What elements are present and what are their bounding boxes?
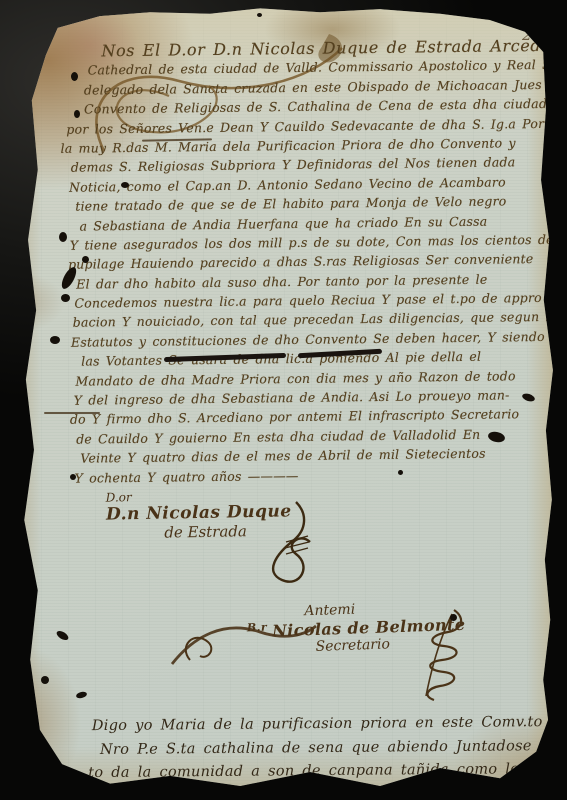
- postscript-line: Digo yo Maria de la purificasion priora …: [92, 711, 567, 739]
- signature-block-duque: D.or D.n Nicolas Duque de Estrada: [106, 487, 293, 542]
- ink-blot: [121, 182, 129, 188]
- ink-blot: [41, 676, 49, 684]
- postscript-line: to da la comunidad a son de canpana tañi…: [88, 758, 567, 786]
- attestation-block-belmonte: Antemi B.rNicolas de Belmonte Secretario: [218, 598, 466, 659]
- ink-blot: [398, 470, 403, 475]
- thin-underline: [44, 412, 100, 414]
- ink-blot: [257, 13, 262, 17]
- ink-blot: [450, 614, 457, 621]
- ink-blot: [70, 474, 76, 480]
- ink-blot: [50, 336, 60, 344]
- decree-body: Nos El D.or D.n Nicolas Duque de Estrada…: [41, 36, 544, 488]
- ink-blot: [82, 256, 89, 263]
- photo-backdrop: 2 Nos El D.or D.n Nicolas Duque de Estra…: [0, 0, 567, 800]
- ink-blot: [75, 691, 87, 699]
- ink-blot: [74, 110, 80, 118]
- ink-blot: [55, 629, 70, 642]
- ink-blot: [59, 232, 67, 242]
- signature-surname: de Estrada: [164, 521, 292, 541]
- postscript-block: Digo yo Maria de la purificasion priora …: [88, 711, 567, 786]
- attestation-prefix: B.r: [247, 621, 268, 635]
- ink-blot: [61, 294, 70, 302]
- ink-blot: [71, 72, 78, 81]
- signature-name: D.n Nicolas Duque: [106, 501, 292, 524]
- manuscript-page: 2 Nos El D.or D.n Nicolas Duque de Estra…: [14, 6, 554, 786]
- ink-blot: [24, 296, 33, 304]
